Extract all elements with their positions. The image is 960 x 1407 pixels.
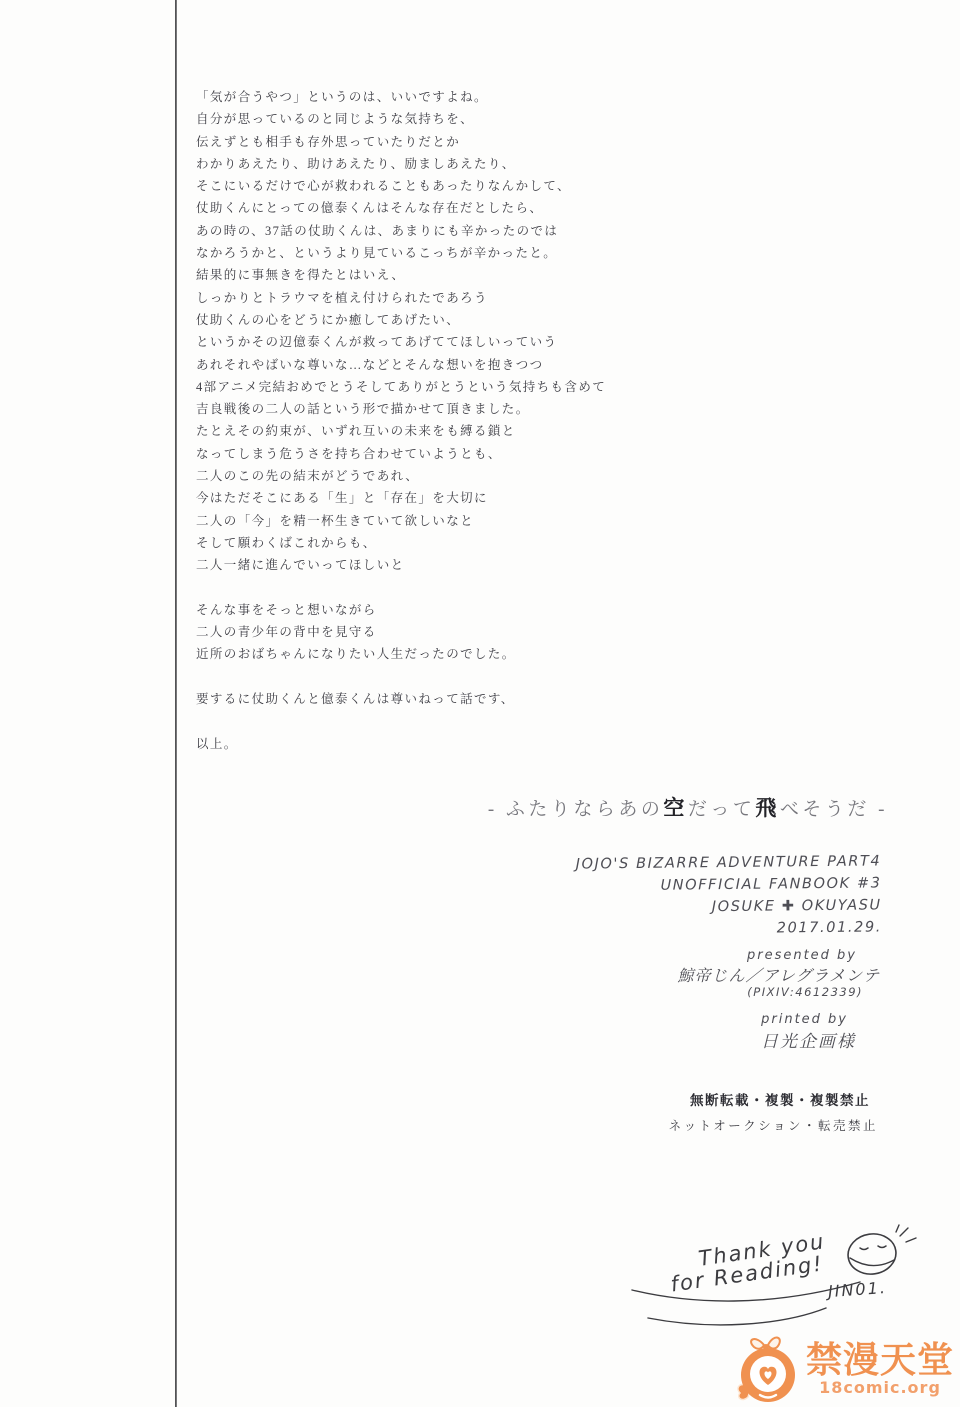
afterword-line: 二人一緒に進んでいってほしいと <box>196 554 616 576</box>
afterword-line: 二人のこの先の結末がどうであれ、 <box>196 465 616 487</box>
page-fold-line <box>175 0 177 1407</box>
book-credit-line: UNOFFICIAL FANBOOK #3 <box>576 872 882 897</box>
afterword-line: あの時の、37話の仗助くんは、あまりにも辛かったのでは <box>196 220 616 242</box>
whale-mascot-icon <box>734 1333 800 1405</box>
afterword-line: しっかりとトラウマを植え付けられたであろう <box>196 287 616 309</box>
afterword-line: 伝えずとも相手も存外思っていたりだとか <box>196 131 616 153</box>
no-reproduction-notice: 無断転載・複製・複製禁止 <box>690 1089 870 1109</box>
afterword-line <box>196 666 616 688</box>
tagline: - ふたりならあの空だって飛べそうだ - <box>488 792 888 822</box>
afterword-line: わかりあえたり、助けあえたり、励ましあえたり、 <box>196 153 616 175</box>
book-credits: JOJO'S BIZARRE ADVENTURE PART4UNOFFICIAL… <box>576 850 883 941</box>
afterword-line: そんな事をそっと想いながら <box>196 599 616 621</box>
afterword-line: 二人の「今」を精一杯生きていて欲しいなと <box>196 510 616 532</box>
afterword-line: そして願わくばこれからも、 <box>196 532 616 554</box>
printer-name: 日光企画様 <box>761 1027 856 1052</box>
afterword-line: 今はただそこにある「生」と「存在」を大切に <box>196 487 616 509</box>
afterword-line: なかろうかと、というより見ているこっちが辛かったと。 <box>196 242 616 264</box>
no-resale-notice: ネットオークション・転売禁止 <box>669 1116 878 1134</box>
afterword-line: たとえその約束が、いずれ互いの未来をも縛る鎖と <box>196 420 616 442</box>
afterword-line: というかその辺億泰くんが救ってあげててほしいっていう <box>196 331 616 353</box>
tagline-segment: 空 <box>663 796 688 820</box>
tagline-segment: だって <box>688 799 756 820</box>
thank-you-doodle: Thank you for Reading! JIN01. <box>630 1222 930 1332</box>
printed-by-label: printed by <box>761 1012 848 1027</box>
doujin-afterword-page: 「気が合うやつ」というのは、いいですよね。自分が思っているのと同じような気持ちを… <box>0 0 960 1407</box>
book-credit-line: JOJO'S BIZARRE ADVENTURE PART4 <box>576 850 882 875</box>
tagline-segment: 飛 <box>755 796 780 820</box>
afterword-line: あれそれやばいな尊いな…などとそんな想いを抱きつつ <box>196 354 616 376</box>
afterword-line <box>196 577 616 599</box>
presented-by-label: presented by <box>747 948 857 963</box>
afterword-line: 近所のおばちゃんになりたい人生だったのでした。 <box>196 643 616 665</box>
afterword-line: 二人の青少年の背中を見守る <box>196 621 616 643</box>
smiley-face-icon <box>836 1224 920 1282</box>
book-credit-line: 2017.01.29. <box>577 916 883 941</box>
watermark-site-url: 18comic.org <box>819 1380 941 1396</box>
tagline-segment: べそうだ - <box>780 799 888 820</box>
afterword-line: 要するに仗助くんと億泰くんは尊いねって話です、 <box>196 688 616 710</box>
afterword-line: 吉良戦後の二人の話という形で描かせて頂きました。 <box>196 398 616 420</box>
afterword-text-block: 「気が合うやつ」というのは、いいですよね。自分が思っているのと同じような気持ちを… <box>196 86 616 755</box>
book-credit-line: JOSUKE ✚ OKUYASU <box>576 894 882 919</box>
afterword-line: 4部アニメ完結おめでとうそしてありがとうという気持ちも含めて <box>196 376 616 398</box>
pixiv-id: (PIXIV:4612339) <box>747 985 863 999</box>
afterword-line: 以上。 <box>196 733 616 755</box>
afterword-line: 自分が思っているのと同じような気持ちを、 <box>196 108 616 130</box>
afterword-line <box>196 710 616 732</box>
tagline-segment: - ふたりならあの <box>488 799 664 820</box>
afterword-line: 仗助くんにとっての億泰くんはそんな存在だとしたら、 <box>196 197 616 219</box>
watermark-site-name: 禁漫天堂 <box>806 1342 954 1380</box>
afterword-line: そこにいるだけで心が救われることもあったりなんかして、 <box>196 175 616 197</box>
afterword-line: なってしまう危うさを持ち合わせていようとも、 <box>196 443 616 465</box>
site-watermark: 禁漫天堂 18comic.org <box>734 1333 954 1405</box>
afterword-line: 「気が合うやつ」というのは、いいですよね。 <box>196 86 616 108</box>
afterword-line: 仗助くんの心をどうにか癒してあげたい、 <box>196 309 616 331</box>
presenter-name: 鯨帝じん／アレグラメンテ <box>677 963 880 986</box>
afterword-line: 結果的に事無きを得たとはいえ、 <box>196 264 616 286</box>
